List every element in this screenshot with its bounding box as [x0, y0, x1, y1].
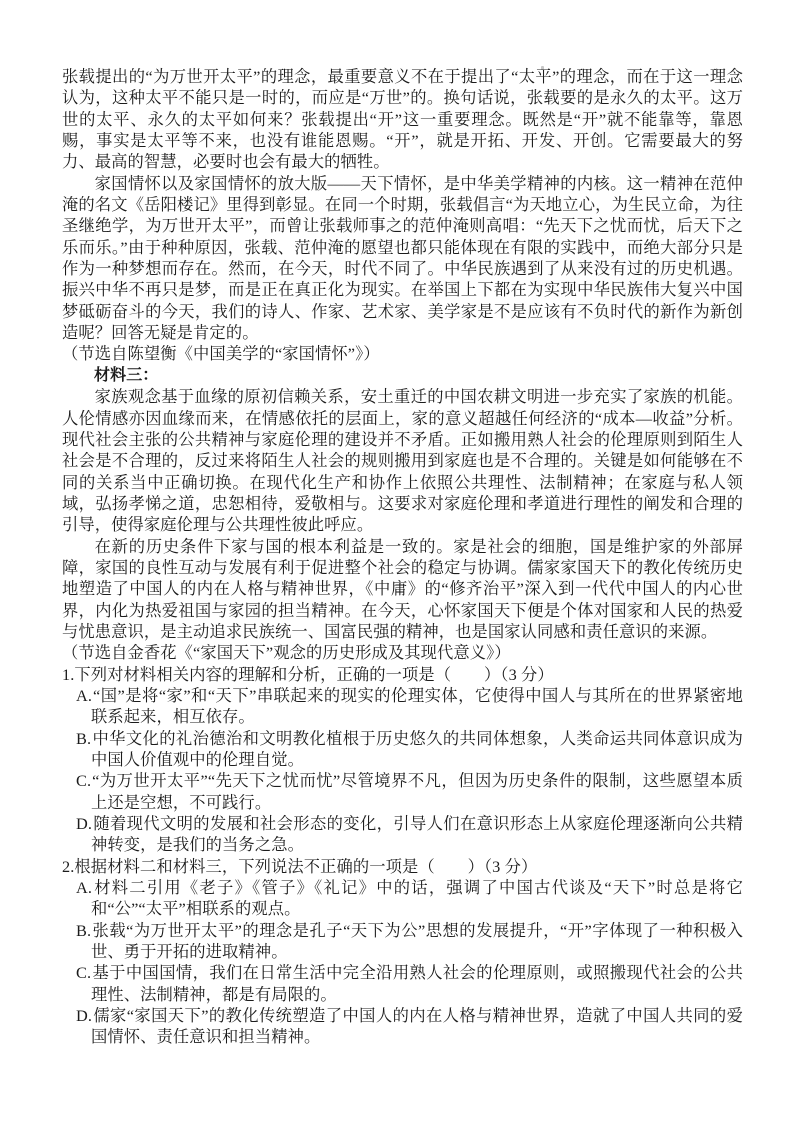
- option-text: 基于中国国情，我们在日常生活中完全沿用熟人社会的伦理原则，或照搬现代社会的公共理…: [91, 963, 743, 1003]
- option-label: D.: [76, 814, 93, 833]
- question-2-stem: 2.根据材料二和材料三，下列说法不正确的一项是（ ）（3 分）: [62, 856, 743, 877]
- question-1-option-d: D.随着现代文明的发展和社会形态的变化，引导人们在意识形态上从家庭伦理逐渐向公共…: [62, 813, 743, 856]
- option-text: 随着现代文明的发展和社会形态的变化，引导人们在意识形态上从家庭伦理逐渐向公共精神…: [91, 814, 743, 854]
- question-2: 2.根据材料二和材料三，下列说法不正确的一项是（ ）（3 分） A.材料二引用《…: [62, 856, 743, 1048]
- option-text: 材料二引用《老子》《管子》《礼记》中的话，强调了中国古代谈及“天下”时总是将它和…: [91, 878, 743, 918]
- question-2-option-c: C.基于中国国情，我们在日常生活中完全沿用熟人社会的伦理原则，或照搬现代社会的公…: [62, 962, 743, 1005]
- question-1-option-a: A.“国”是将“家”和“天下”串联起来的现实的伦理实体，它使得中国人与其所在的世…: [62, 685, 743, 728]
- question-2-option-d: D.儒家“家国天下”的教化传统塑造了中国人的内在人格与精神世界，造就了中国人共同…: [62, 1005, 743, 1048]
- option-label: C.: [76, 963, 92, 982]
- material2-attribution: （节选自陈望衡《中国美学的“家国情怀”》）: [62, 343, 743, 364]
- material3-paragraph-1: 家族观念基于血缘的原初信赖关系，安土重迁的中国农耕文明进一步充实了家族的机能。人…: [62, 386, 743, 535]
- option-text: “为万世开太平”“先天下之忧而忧”尽管境界不凡，但因为历史条件的限制，这些愿望本…: [91, 771, 743, 811]
- option-text: 儒家“家国天下”的教化传统塑造了中国人的内在人格与精神世界，造就了中国人共同的爱…: [91, 1006, 743, 1046]
- material3-attribution: （节选自金香花《“家国天下”观念的历史形成及其现代意义》）: [62, 642, 743, 663]
- option-text: 张载“为万世开太平”的理念是孔子“天下为公”思想的发展提升，“开”字体现了一种积…: [91, 921, 743, 961]
- question-2-option-b: B.张载“为万世开太平”的理念是孔子“天下为公”思想的发展提升，“开”字体现了一…: [62, 920, 743, 963]
- option-label: A.: [76, 878, 93, 897]
- material3-heading: 材料三：: [62, 365, 743, 386]
- option-label: B.: [76, 921, 92, 940]
- question-1-stem: 1.下列对材料相关内容的理解和分析，正确的一项是（ ）（3 分）: [62, 664, 743, 685]
- question-2-option-a: A.材料二引用《老子》《管子》《礼记》中的话，强调了中国古代谈及“天下”时总是将…: [62, 877, 743, 920]
- option-label: A.: [76, 686, 93, 705]
- exam-page: 张载提出的“为万世开太平”的理念，最重要意义不在于提出了“太平”的理念，而在于这…: [62, 66, 743, 1048]
- option-label: B.: [76, 729, 92, 748]
- option-text: “国”是将“家”和“天下”串联起来的现实的伦理实体，它使得中国人与其所在的世界紧…: [91, 686, 743, 726]
- question-1: 1.下列对材料相关内容的理解和分析，正确的一项是（ ）（3 分） A.“国”是将…: [62, 664, 743, 856]
- option-label: C.: [76, 771, 92, 790]
- question-1-option-b: B.中华文化的礼治德治和文明教化植根于历史悠久的共同体想象，人类命运共同体意识成…: [62, 728, 743, 771]
- material2-paragraph-continued: 张载提出的“为万世开太平”的理念，最重要意义不在于提出了“太平”的理念，而在于这…: [62, 66, 743, 173]
- option-text: 中华文化的礼治德治和文明教化植根于历史悠久的共同体想象，人类命运共同体意识成为中…: [91, 729, 743, 769]
- option-label: D.: [76, 1006, 93, 1025]
- material3-paragraph-2: 在新的历史条件下家与国的根本利益是一致的。家是社会的细胞，国是维护家的外部屏障，…: [62, 536, 743, 643]
- material2-paragraph-2: 家国情怀以及家国情怀的放大版——天下情怀，是中华美学精神的内核。这一精神在范仲淹…: [62, 173, 743, 344]
- question-1-option-c: C.“为万世开太平”“先天下之忧而忧”尽管境界不凡，但因为历史条件的限制，这些愿…: [62, 770, 743, 813]
